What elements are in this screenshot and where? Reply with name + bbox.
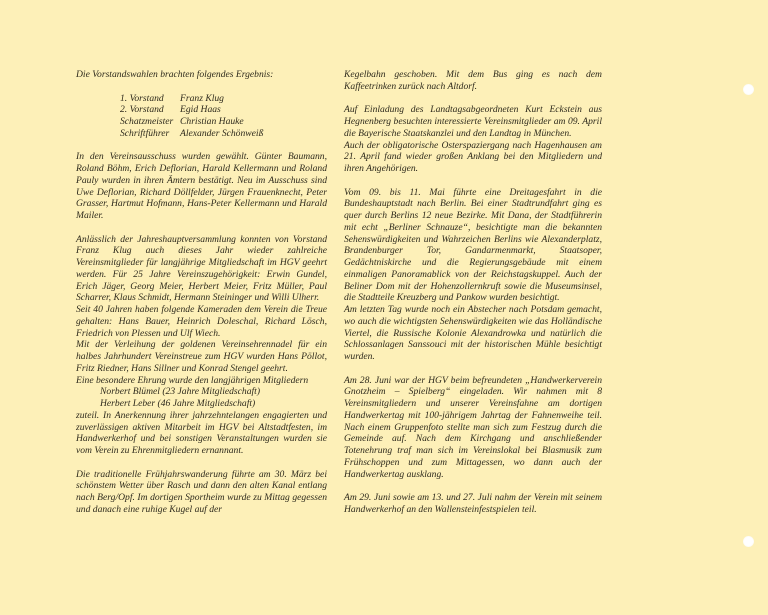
punch-hole-top — [743, 84, 754, 95]
honors-50-paragraph: Mit der Verleihung der goldenen Vereinse… — [76, 339, 327, 374]
board-member: Alexander Schönweiß — [180, 128, 263, 140]
gnotzheim-paragraph: Am 28. Juni war der HGV beim befreundete… — [344, 375, 602, 481]
board-list: 1. Vorstand Franz Klug 2. Vorstand Egid … — [120, 93, 327, 140]
document-page: Die Vorstandswahlen brachten folgendes E… — [0, 0, 768, 615]
potsdam-paragraph: Am letzten Tag wurde noch ein Abstecher … — [344, 304, 602, 363]
board-role: Schriftführer — [120, 128, 180, 140]
special-honor-member: Herbert Leber (46 Jahre Mitgliedschaft) — [76, 398, 327, 410]
honors-40-paragraph: Seit 40 Jahren haben folgende Kameraden … — [76, 304, 327, 339]
board-row: Schriftführer Alexander Schönweiß — [120, 128, 327, 140]
board-role: 1. Vorstand — [120, 93, 180, 105]
board-member: Franz Klug — [180, 93, 224, 105]
board-role: 2. Vorstand — [120, 104, 180, 116]
committee-paragraph: In den Vereinsausschuss wurden gewählt. … — [76, 151, 327, 222]
punch-hole-bottom — [743, 536, 754, 547]
special-honor-intro: Eine besondere Ehrung wurde den langjähr… — [76, 375, 327, 387]
board-member: Egid Haas — [180, 104, 221, 116]
spring-hike-continued: Kegelbahn geschoben. Mit dem Bus ging es… — [344, 69, 602, 93]
easter-walk-paragraph: Auch der obligatorische Osterspaziergang… — [344, 140, 602, 175]
spring-hike-paragraph: Die traditionelle Frühjahrswanderung füh… — [76, 469, 327, 516]
special-honor-member: Norbert Blümel (23 Jahre Mitgliedschaft) — [76, 386, 327, 398]
right-column: Kegelbahn geschoben. Mit dem Bus ging es… — [344, 69, 602, 527]
landtag-paragraph: Auf Einladung des Landtagsabgeordneten K… — [344, 104, 602, 139]
board-row: 2. Vorstand Egid Haas — [120, 104, 327, 116]
board-election-intro: Die Vorstandswahlen brachten folgendes E… — [76, 69, 327, 81]
board-role: Schatzmeister — [120, 116, 180, 128]
berlin-trip-paragraph: Vom 09. bis 11. Mai führte eine Dreitage… — [344, 187, 602, 305]
honors-25-paragraph: Anlässlich der Jahreshauptversammlung ko… — [76, 234, 327, 305]
left-column: Die Vorstandswahlen brachten folgendes E… — [76, 69, 327, 516]
wallenstein-paragraph: Am 29. Juni sowie am 13. und 27. Juli na… — [344, 492, 602, 516]
special-honor-outro: zuteil. In Anerkennung ihrer jahrzehntel… — [76, 410, 327, 457]
board-row: Schatzmeister Christian Hauke — [120, 116, 327, 128]
board-row: 1. Vorstand Franz Klug — [120, 93, 327, 105]
board-member: Christian Hauke — [180, 116, 244, 128]
